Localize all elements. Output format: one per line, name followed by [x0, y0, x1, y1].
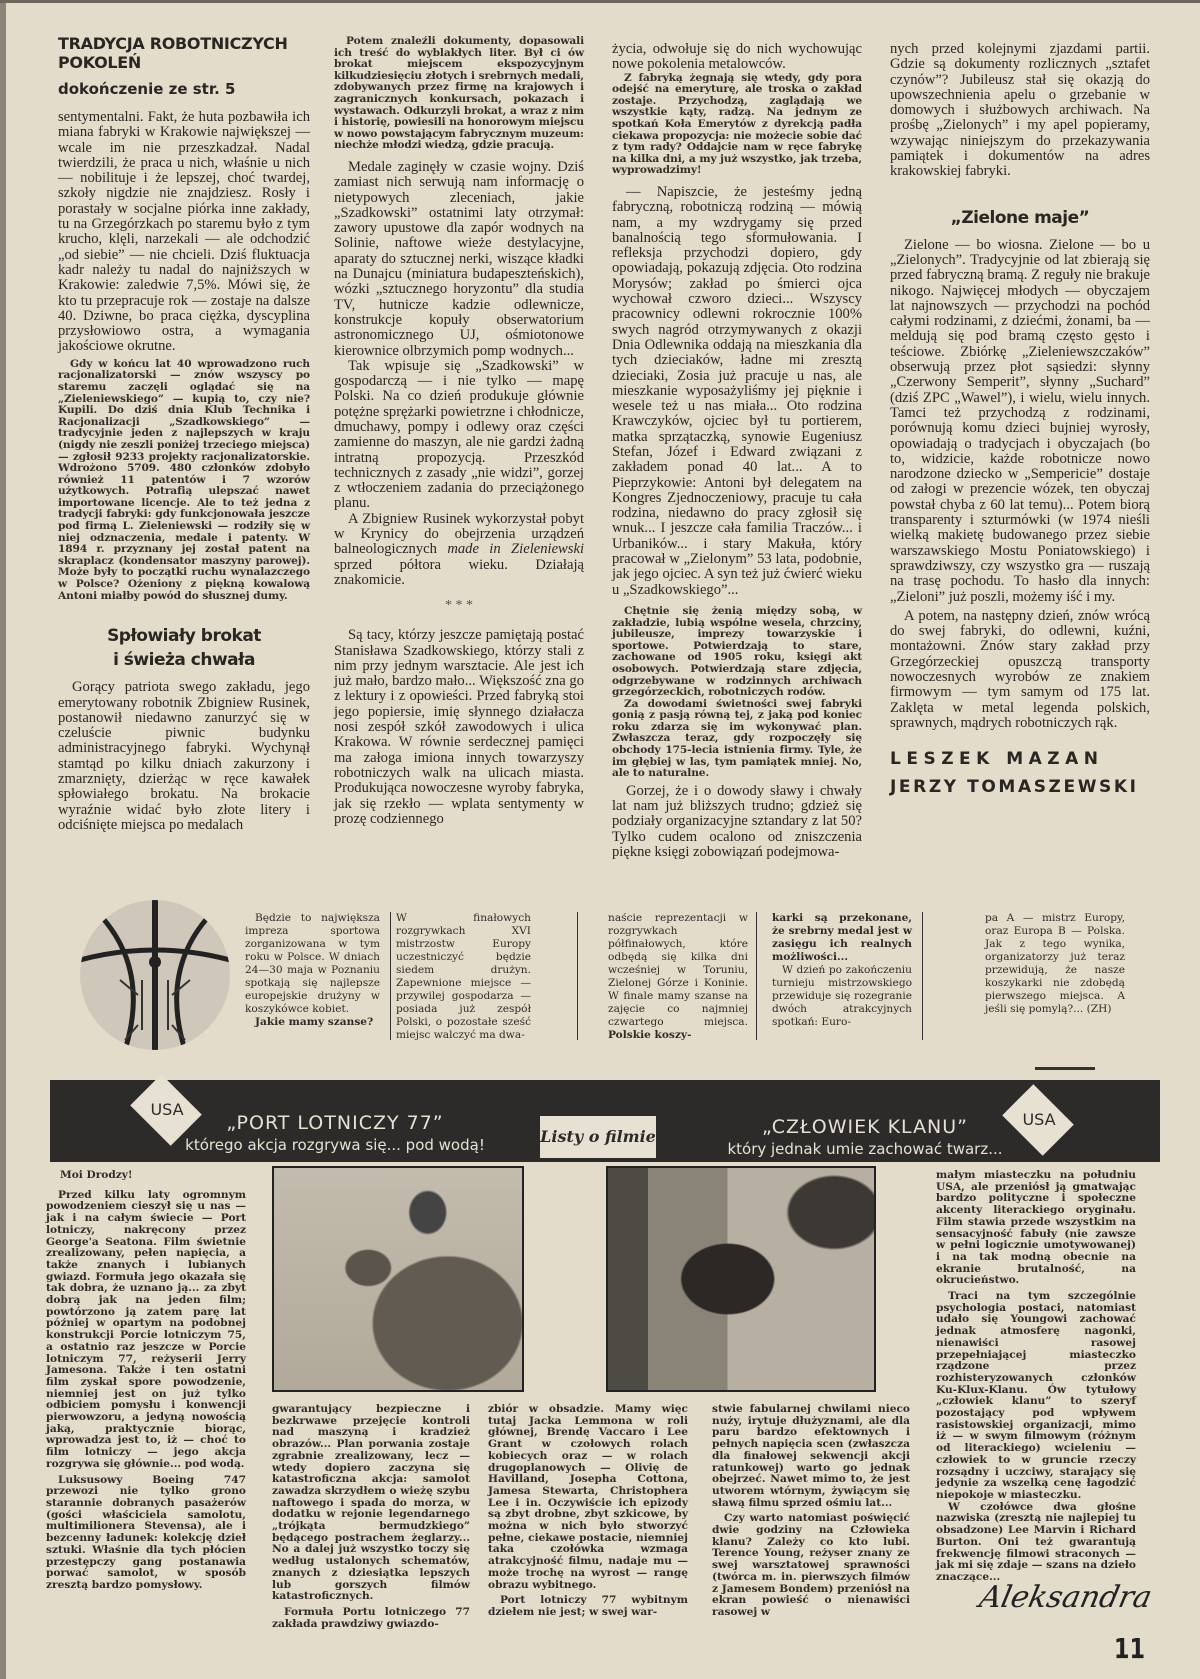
paragraph: stwie fabularnej chwilami nieco nuży, ir… [712, 1404, 910, 1509]
text: naście reprezentacji w rozgrywkach półfi… [608, 912, 748, 1028]
paragraph: W czołówce dwa głośne nazwiska (zresztą … [936, 1502, 1136, 1584]
greeting: Moi Drodzy! [60, 1170, 246, 1182]
paragraph: W dzień po zakończeniu turnieju mistrzow… [772, 964, 912, 1029]
paragraph: Czy warto natomiast poświęcić dwie godzi… [712, 1513, 910, 1618]
end-rule [1035, 1067, 1095, 1070]
heading-line: i świeża chwała [58, 648, 310, 672]
text: sprzed półtora wieku. Działają znakomici… [334, 557, 584, 588]
column-divider [390, 912, 391, 1040]
paragraph: Tak wpisuje się „Szadkowski” w gospodarc… [334, 359, 584, 512]
film-review-column-3: zbiór w obsadzie. Mamy więc tutaj Jacka … [488, 1404, 688, 1619]
paragraph: Będzie to największa impreza sportowa zo… [245, 912, 380, 1016]
film-review-column-1: Moi Drodzy! Przed kilku laty ogromnym po… [46, 1170, 246, 1592]
paragraph: Gorzej, że i o dowody sławy i chwały lat… [612, 784, 862, 860]
film-still-photo-port-lotniczy [272, 1166, 524, 1392]
basketball-column-4: karki są przekonane, że srebrny medal je… [772, 912, 912, 1029]
basketball-logo-icon [80, 900, 230, 1050]
article-column-1: TRADYCJA ROBOTNICZYCH POKOLEŃ dokończeni… [58, 34, 310, 833]
page-edge [0, 0, 6, 1679]
film-title: „CZŁOWIEK KLANU” [700, 1116, 1030, 1138]
paragraph: Przed kilku laty ogromnym powodzeniem ci… [46, 1190, 246, 1471]
article-title: TRADYCJA ROBOTNICZYCH POKOLEŃ [58, 34, 310, 72]
paragraph: Port lotniczy 77 wybitnym dziełem nie je… [488, 1595, 688, 1618]
film-subtitle: którego akcja rozgrywa się... pod wodą! [170, 1136, 500, 1154]
continuation-note: dokończenie ze str. 5 [58, 80, 310, 98]
bold-text: Polskie koszy- [608, 1029, 691, 1041]
page-edge-top [0, 0, 1200, 3]
paragraph: Formuła Portu lotniczego 77 zakłada praw… [272, 1607, 470, 1630]
article-column-4: nych przed kolejnymi zjazdami partii. Gd… [890, 42, 1150, 801]
section-heading-zielone: „Zielone maje” [890, 206, 1150, 230]
heading-line: Spłowiały brokat [58, 624, 310, 648]
paragraph: nych przed kolejnymi zjazdami partii. Gd… [890, 42, 1150, 180]
paragraph: Są tacy, którzy jeszcze pamiętają postać… [334, 628, 584, 827]
author-name: LESZEK MAZAN [890, 745, 1150, 773]
basketball-column-5: pa A — mistrz Europy, oraz Europa B — Po… [985, 912, 1125, 1016]
paragraph: W finałowych rozgrywkach XVI mistrzostw … [396, 912, 531, 1042]
italic-text: made in Zieleniewski [447, 541, 584, 557]
column-label-listy-o-filmie: Listy o filmie [540, 1116, 656, 1158]
page-number: 11 [1114, 1632, 1145, 1665]
paragraph: pa A — mistrz Europy, oraz Europa B — Po… [985, 912, 1125, 1016]
film-banner: USA „PORT LOTNICZY 77” którego akcja roz… [50, 1080, 1160, 1162]
paragraph: zbiór w obsadzie. Mamy więc tutaj Jacka … [488, 1404, 688, 1591]
author-signature: Aleksandra [976, 1580, 1155, 1615]
paragraph: Zielone — bo wiosna. Zielone — bo u „Zie… [890, 238, 1150, 605]
badge-label: USA [126, 1100, 208, 1119]
film-still-photo-czlowiek-klanu [606, 1166, 876, 1392]
basketball-column-2: W finałowych rozgrywkach XVI mistrzostw … [396, 912, 531, 1042]
basketball-column-1: Będzie to największa impreza sportowa zo… [245, 912, 380, 1029]
film-subtitle: który jednak umie zachować twarz... [700, 1140, 1030, 1158]
article-column-3: życia, odwołuje się do nich wychowując n… [612, 42, 862, 860]
section-separator: * * * [334, 598, 584, 614]
paragraph-small: Potem znaleźli dokumenty, dopasowali ich… [334, 36, 584, 152]
paragraph: sentymentalni. Fakt, że huta pozbawiła i… [58, 110, 310, 355]
paragraph: Jakie mamy szanse? [245, 1016, 380, 1029]
paragraph: Luksusowy Boeing 747 przewozi nie tylko … [46, 1475, 246, 1592]
badge-label: USA [998, 1110, 1080, 1129]
paragraph: — Napiszcie, że jesteśmy jedną fabryczną… [612, 185, 862, 598]
usa-badge-right: USA [998, 1098, 1080, 1142]
film-review-column-4: stwie fabularnej chwilami nieco nuży, ir… [712, 1404, 910, 1619]
paragraph: Gorący patriota swego zakładu, jego emer… [58, 680, 310, 833]
paragraph: karki są przekonane, że srebrny medal je… [772, 912, 912, 964]
paragraph: naście reprezentacji w rozgrywkach półfi… [608, 912, 748, 1042]
paragraph-small: Za dowodami świetności swej fabryki goni… [612, 699, 862, 780]
paragraph-small: Gdy w końcu lat 40 wprowadzono ruch racj… [58, 359, 310, 602]
paragraph-small: Z fabryką żegnają się wtedy, gdy pora od… [612, 73, 862, 177]
film-title-right: „CZŁOWIEK KLANU” który jednak umie zacho… [700, 1116, 1030, 1158]
paragraph: życia, odwołuje się do nich wychowując n… [612, 42, 862, 73]
film-title-left: „PORT LOTNICZY 77” którego akcja rozgryw… [170, 1112, 500, 1154]
section-heading-brokat: Spłowiały brokat i świeża chwała [58, 624, 310, 672]
paragraph-small: Chętnie się żenią między sobą, w zakładz… [612, 606, 862, 699]
column-divider [577, 912, 578, 1040]
paragraph: gwarantujący bezpieczne i bezkrwawe prze… [272, 1404, 470, 1603]
paragraph: A potem, na następny dzień, znów wrócą d… [890, 609, 1150, 731]
film-review-column-2: gwarantujący bezpieczne i bezkrwawe prze… [272, 1404, 470, 1630]
paragraph: Traci na tym szczególnie psychologia pos… [936, 1291, 1136, 1502]
paragraph: małym miasteczku na południu USA, ale pr… [936, 1170, 1136, 1287]
column-divider [756, 912, 757, 1040]
basketball-column-3: naście reprezentacji w rozgrywkach półfi… [608, 912, 748, 1042]
author-name: JERZY TOMASZEWSKI [890, 773, 1150, 801]
article-column-2: Potem znaleźli dokumenty, dopasowali ich… [334, 36, 584, 827]
paragraph-made-in: A Zbigniew Rusinek wykorzystał pobyt w K… [334, 512, 584, 588]
paragraph: Medale zaginęły w czasie wojny. Dziś zam… [334, 160, 584, 359]
film-title: „PORT LOTNICZY 77” [170, 1112, 500, 1134]
film-review-column-5: małym miasteczku na południu USA, ale pr… [936, 1170, 1136, 1584]
column-divider [922, 912, 923, 1040]
